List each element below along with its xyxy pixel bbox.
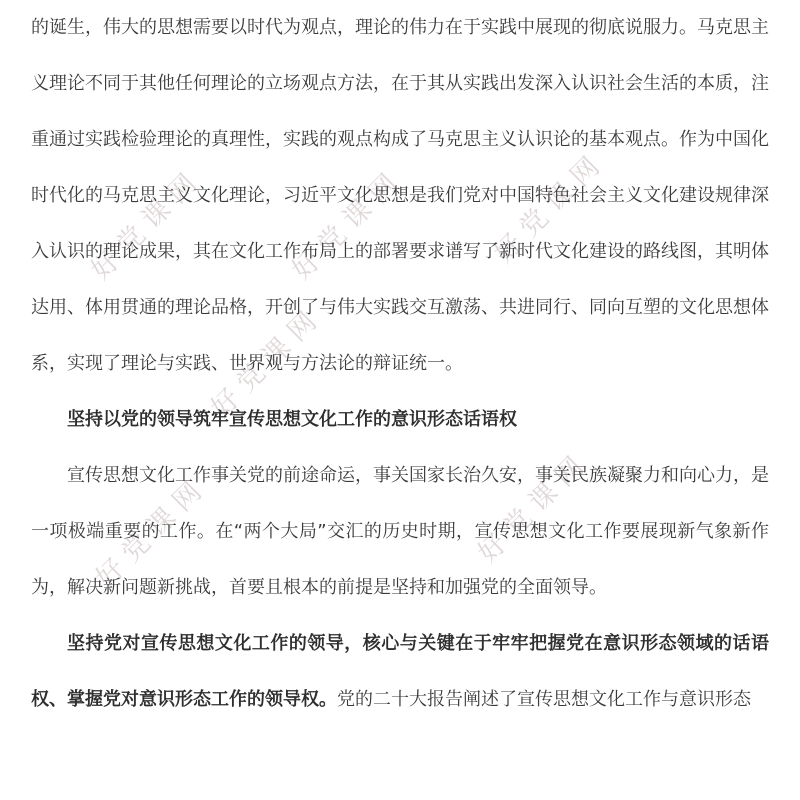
document-content: 的诞生，伟大的思想需要以时代为观点，理论的伟力在于实践中展现的彻底说服力。马克思… (0, 0, 800, 728)
paragraph-theory-continuation: 的诞生，伟大的思想需要以时代为观点，理论的伟力在于实践中展现的彻底说服力。马克思… (31, 0, 769, 392)
section-heading: 坚持以党的领导筑牢宣传思想文化工作的意识形态话语权 (31, 392, 769, 448)
document-page: 好党课网 好党课网 好党课网 好党课网 好党课网 好党课网 的诞生，伟大的思想需… (0, 0, 800, 800)
paragraph-leadership-rest: 党的二十大报告阐述了宣传思想文化工作与意识形态 (337, 689, 751, 710)
paragraph-leadership: 坚持党对宣传思想文化工作的领导，核心与关键在于牢牢把握党在意识形态领域的话语权、… (31, 616, 769, 728)
paragraph-importance: 宣传思想文化工作事关党的前途命运，事关国家长治久安，事关民族凝聚力和向心力，是一… (31, 448, 769, 616)
